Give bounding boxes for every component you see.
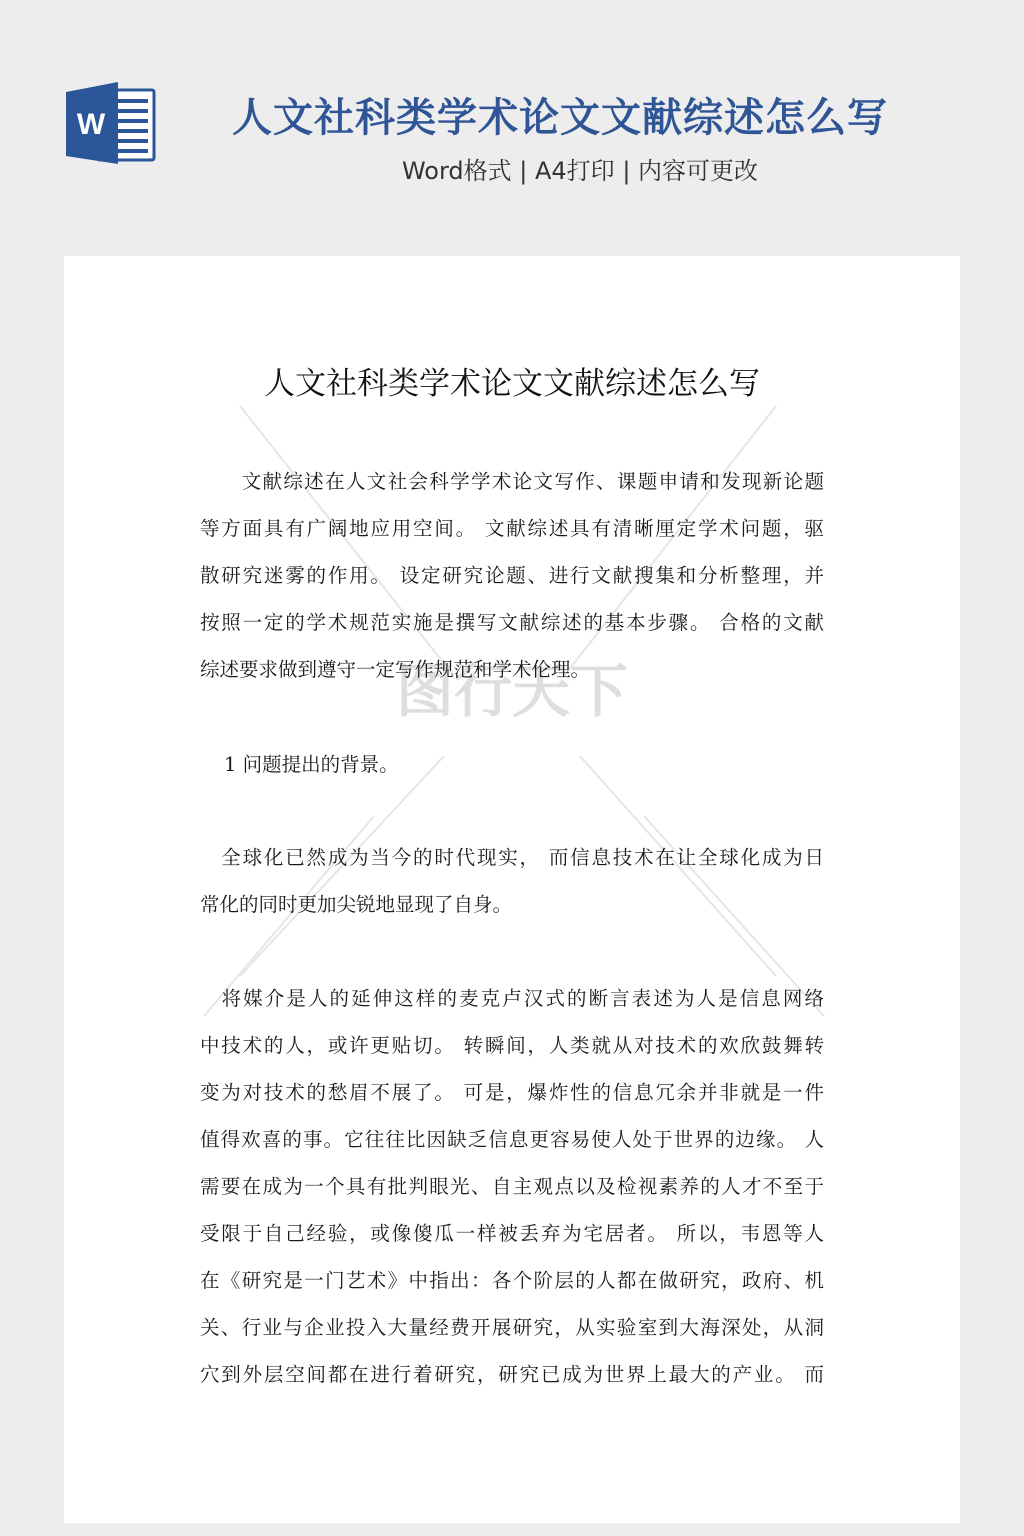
document-title: 人文社科类学术论文文献综述怎么写 bbox=[64, 362, 960, 406]
text-line: 常化的同时更加尖锐地显现了自身。 bbox=[200, 881, 824, 928]
section-heading-background: 1 问题提出的背景。 bbox=[224, 745, 399, 785]
text-line: 全球化已然成为当今的时代现实， 而信息技术在让全球化成为日 bbox=[200, 834, 824, 881]
text-line: 需要在成为一个具有批判眼光、自主观点以及检视素养的人才不至于 bbox=[200, 1163, 824, 1210]
banner-header: W 人文社科类学术论文文献综述怎么写 Word格式 | A4打印 | 内容可更改 bbox=[0, 0, 1024, 256]
text-line: 等方面具有广阔地应用空间。 文献综述具有清晰厘定学术问题，驱 bbox=[200, 505, 824, 552]
text-line: 按照一定的学术规范实施是撰写文献综述的基本步骤。 合格的文献 bbox=[200, 599, 824, 646]
text-line: 文献综述在人文社会科学学术论文写作、课题申请和发现新论题 bbox=[200, 458, 824, 505]
text-line: 变为对技术的愁眉不展了。 可是，爆炸性的信息冗余并非就是一件 bbox=[200, 1069, 824, 1116]
banner-subtitle: Word格式 | A4打印 | 内容可更改 bbox=[200, 154, 960, 188]
text-line: 关、行业与企业投入大量经费开展研究，从实验室到大海深处，从洞 bbox=[200, 1304, 824, 1351]
paragraph-intro: 文献综述在人文社会科学学术论文写作、课题申请和发现新论题 等方面具有广阔地应用空… bbox=[200, 458, 824, 693]
text-line: 值得欢喜的事。它往往比因缺乏信息更容易使人处于世界的边缘。 人 bbox=[200, 1116, 824, 1163]
word-document-icon: W bbox=[64, 82, 156, 164]
paragraph-globalization: 全球化已然成为当今的时代现实， 而信息技术在让全球化成为日 常化的同时更加尖锐地… bbox=[200, 834, 824, 928]
paragraph-media: 将媒介是人的延伸这样的麦克卢汉式的断言表述为人是信息网络 中技术的人，或许更贴切… bbox=[200, 975, 824, 1398]
text-line: 将媒介是人的延伸这样的麦克卢汉式的断言表述为人是信息网络 bbox=[200, 975, 824, 1022]
banner-title: 人文社科类学术论文文献综述怎么写 bbox=[200, 92, 920, 144]
text-line: 散研究迷雾的作用。 设定研究论题、进行文献搜集和分析整理，并 bbox=[200, 552, 824, 599]
text-line: 受限于自己经验，或像傻瓜一样被丢弃为宅居者。 所以，韦恩等人 bbox=[200, 1210, 824, 1257]
text-line: 穴到外层空间都在进行着研究，研究已成为世界上最大的产业。 而 bbox=[200, 1351, 824, 1398]
text-line: 综述要求做到遵守一定写作规范和学术伦理。 bbox=[200, 646, 824, 693]
document-page: 图行天下 人文社科类学术论文文献综述怎么写 文献综述在人文社会科学学术论文写作、… bbox=[64, 256, 960, 1523]
text-line: 在《研究是一门艺术》中指出：各个阶层的人都在做研究，政府、机 bbox=[200, 1257, 824, 1304]
text-line: 中技术的人，或许更贴切。 转瞬间，人类就从对技术的欢欣鼓舞转 bbox=[200, 1022, 824, 1069]
svg-text:W: W bbox=[77, 108, 106, 141]
